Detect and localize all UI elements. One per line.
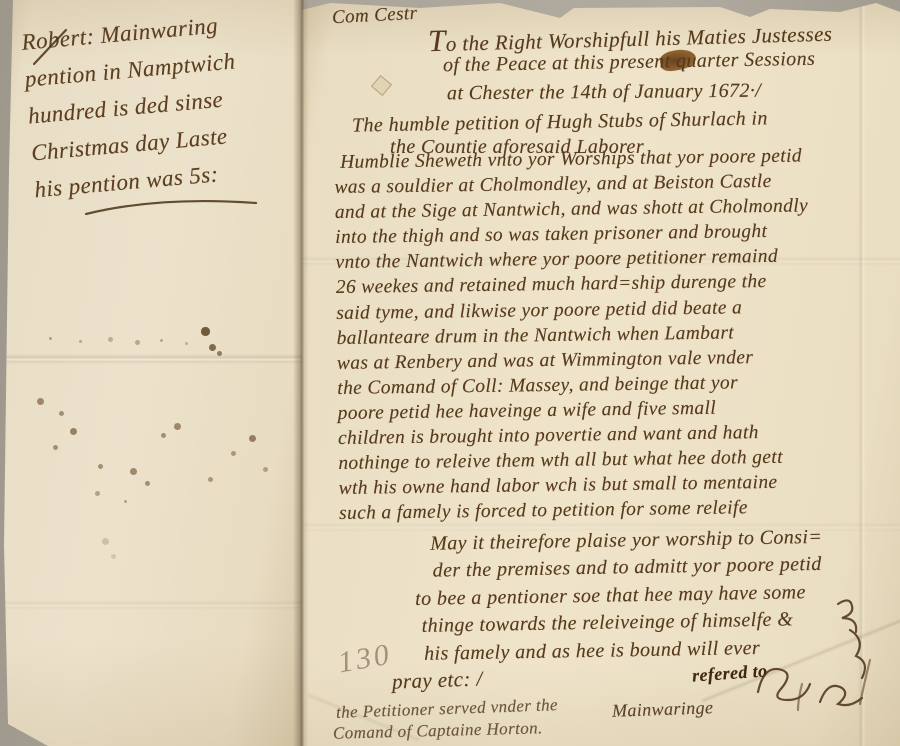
fold-crease — [4, 600, 302, 610]
inserted-name: Mainwaringe — [612, 697, 714, 722]
archival-note: Robert: Mainwaring pention in Namptwich … — [20, 6, 246, 209]
fold-crease — [4, 354, 302, 364]
page-gutter-shadow — [293, 0, 309, 746]
petition-prayer: May it theirefore plaise yor worship to … — [414, 524, 824, 668]
petition-body: Humblie Sheweth vnto yor Worships that y… — [334, 143, 812, 526]
manuscript-photo: Robert: Mainwaring pention in Namptwich … — [0, 0, 900, 746]
prayer-closing: pray etc: / — [392, 666, 484, 694]
county-mark: Com Cestr — [331, 3, 417, 29]
paper-stain — [371, 75, 392, 96]
fold-crease — [858, 0, 866, 746]
heading-line: at Chester the 14th of January 1672·/ — [447, 80, 761, 106]
ink-speckles — [4, 0, 7, 3]
